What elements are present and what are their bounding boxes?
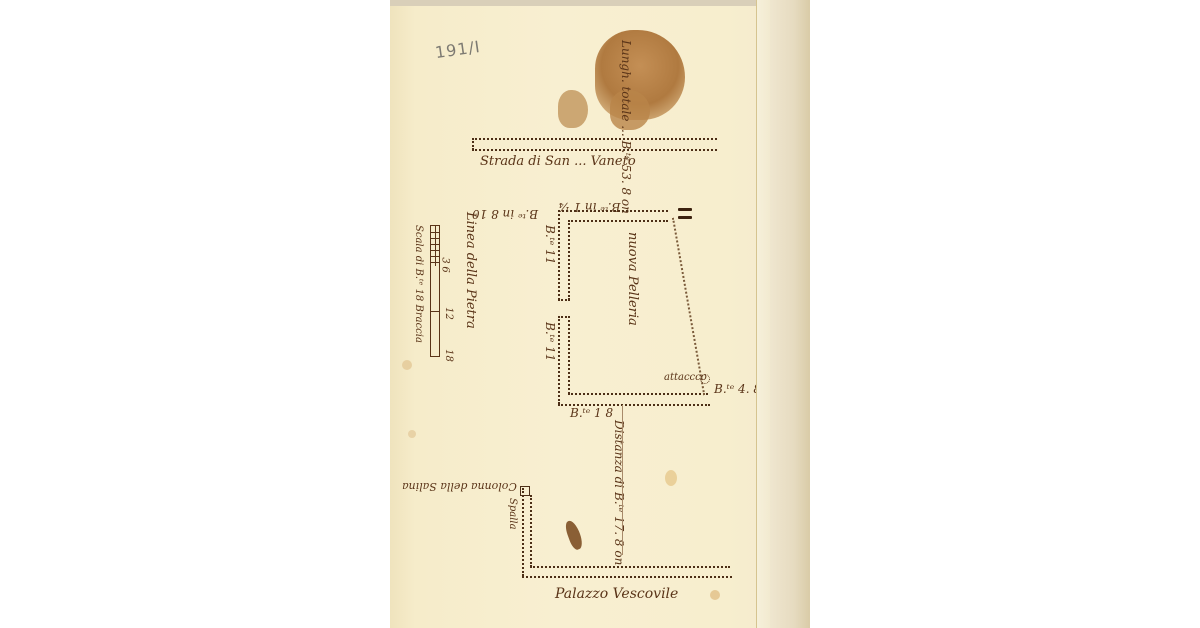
foxing-spot [408, 430, 416, 438]
building-top-outer [558, 210, 668, 212]
foxing-spot [710, 590, 720, 600]
lower-line-inner [530, 566, 730, 568]
spalla-label: Spalla [507, 498, 518, 530]
distance-label: Distanza di B.ᵗᵉ 17. 8 on [612, 420, 626, 565]
lower-line-outer [522, 576, 732, 578]
scale-number: 12 [443, 307, 454, 320]
distance-line [622, 405, 623, 555]
street-label: Strada di San ... Vaneto [480, 154, 636, 169]
rosette-mark [700, 374, 710, 384]
back-page-edge [770, 0, 810, 628]
street-line-bottom [472, 149, 717, 151]
lower-wall-inner [530, 495, 532, 567]
top-left-dimension-label: B.ᵗᵉ in 8 10 [472, 207, 538, 221]
building-notch-upper [558, 299, 570, 301]
left-wall-dimension-upper: B.ᵗᵉ 11 [543, 225, 557, 264]
bottom-dimension-label: B.ᵗᵉ 1 8 [570, 406, 613, 420]
street-line-top [472, 138, 717, 140]
scale-caption: Scala di B.ᵗᵉ 18 Braccia [413, 225, 424, 343]
building-name-label: nuova Pelleria [625, 232, 640, 326]
manuscript-page: 191/I Strada di San ... Vaneto Lungh. to… [390, 0, 810, 628]
corner-marker [678, 208, 692, 211]
scale-number: 18 [443, 349, 454, 362]
total-length-label: Lungh. totale ... B.ᵗᵉ 53. 8 on [619, 40, 633, 214]
corner-marker [678, 216, 692, 219]
water-stain [558, 90, 588, 128]
scale-divider [435, 226, 436, 266]
building-top-inner [568, 220, 668, 222]
building-diagonal-wall [672, 218, 705, 396]
foxing-spot [402, 360, 412, 370]
building-left-outer-upper [558, 210, 560, 300]
building-left-inner-upper [568, 220, 570, 300]
lower-wall-cap [520, 486, 530, 496]
colonna-label: Colonna della Salina [402, 480, 517, 493]
line-left-label: Linea della Pietra [463, 212, 478, 329]
building-left-outer-lower [558, 316, 560, 404]
scale-number: 3 [440, 257, 451, 263]
scale-bar [430, 225, 440, 357]
page-top-edge [390, 0, 780, 6]
scale-number: 6 [440, 266, 451, 272]
street-line-end [472, 138, 474, 150]
ink-blot [563, 519, 585, 551]
left-wall-dimension-lower: B.ᵗᵉ 11 [543, 322, 557, 361]
scale-tick [431, 311, 439, 312]
building-left-inner-lower [568, 316, 570, 394]
lower-wall-outer [522, 488, 524, 576]
palace-label: Palazzo Vescovile [555, 586, 678, 602]
foxing-spot [665, 470, 677, 486]
building-bottom-inner [568, 393, 708, 395]
catalog-mark: 191/I [434, 37, 482, 62]
